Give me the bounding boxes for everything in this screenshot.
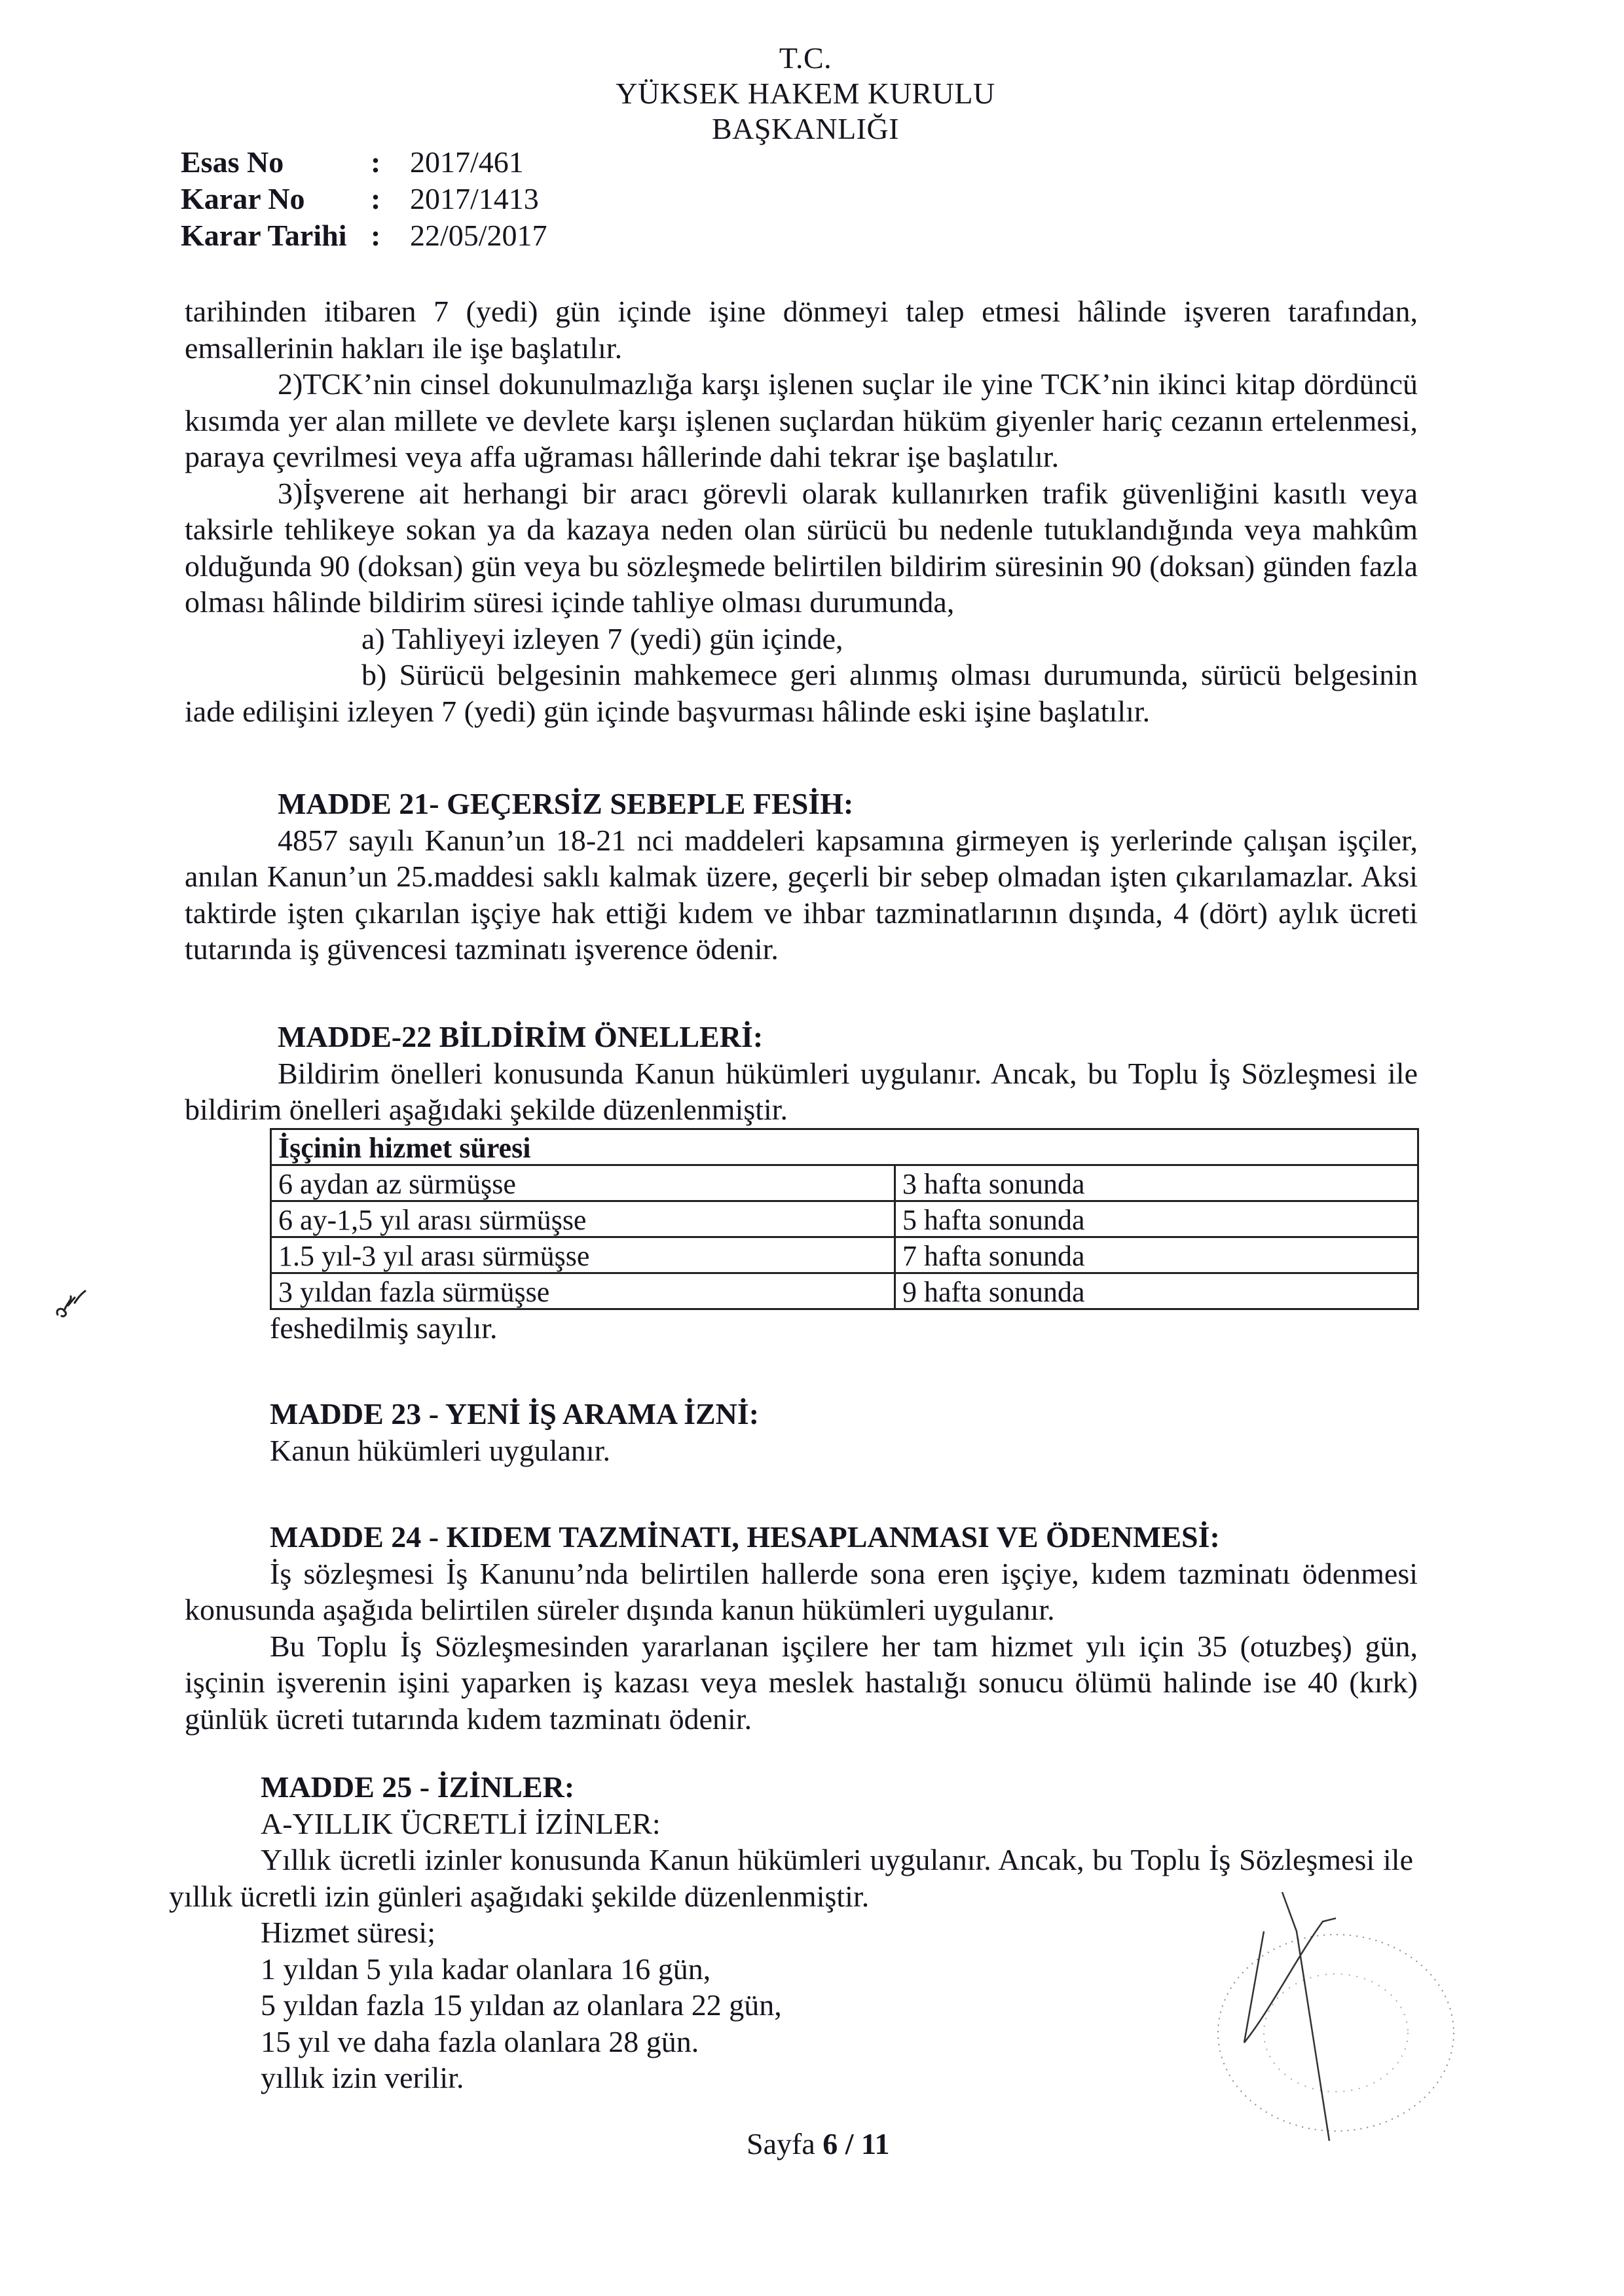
madde-24-title: MADDE 24 - KIDEM TAZMİNATI, HESAPLANMASI… — [185, 1519, 1418, 1556]
meta-colon: : — [371, 181, 410, 217]
notice-cell: 5 hafta sonunda — [895, 1201, 1418, 1237]
meta-row-karar: Karar No : 2017/1413 — [181, 181, 547, 217]
table-row: 6 ay-1,5 yıl arası sürmüşse 5 hafta sonu… — [271, 1201, 1418, 1237]
madde-21-title: MADDE 21- GEÇERSİZ SEBEPLE FESİH: — [185, 786, 1418, 822]
madde-23-text: Kanun hükümleri uygulanır. — [185, 1432, 1418, 1469]
madde-24-section: MADDE 24 - KIDEM TAZMİNATI, HESAPLANMASI… — [185, 1519, 1418, 1737]
page-current: 6 — [822, 2127, 838, 2160]
notice-cell: 3 hafta sonunda — [895, 1165, 1418, 1201]
meta-row-esas: Esas No : 2017/461 — [181, 144, 547, 181]
notice-cell: 7 hafta sonunda — [895, 1237, 1418, 1273]
duration-cell: 1.5 yıl-3 yıl arası sürmüşse — [271, 1237, 895, 1273]
meta-label: Esas No — [181, 144, 371, 181]
madde-24-paragraph-1: İş sözleşmesi İş Kanunu’nda belirtilen h… — [185, 1556, 1418, 1628]
table-header-row: İşçinin hizmet süresi — [271, 1129, 1418, 1165]
official-stamp-icon — [1198, 1892, 1486, 2167]
intro-paragraph-1: tarihinden itibaren 7 (yedi) gün içinde … — [185, 293, 1418, 366]
page-separator: / — [845, 2127, 854, 2160]
header-tc: T.C. — [537, 41, 1074, 76]
handwritten-initials-icon — [52, 1283, 92, 1322]
intro-item-a: a) Tahliyeyi izleyen 7 (yedi) gün içinde… — [185, 621, 1418, 657]
madde-21-text: 4857 sayılı Kanun’un 18-21 nci maddeleri… — [185, 822, 1418, 968]
meta-value: 2017/461 — [410, 144, 524, 181]
meta-row-tarih: Karar Tarihi : 22/05/2017 — [181, 217, 547, 254]
madde-22-section: MADDE-22 BİLDİRİM ÖNELLERİ: Bildirim öne… — [185, 1019, 1418, 1346]
meta-colon: : — [371, 217, 410, 254]
case-metadata: Esas No : 2017/461 Karar No : 2017/1413 … — [181, 144, 547, 254]
duration-cell: 3 yıldan fazla sürmüşse — [271, 1273, 895, 1309]
madde-22-text: Bildirim önelleri konusunda Kanun hüküml… — [185, 1055, 1418, 1128]
table-row: 6 aydan az sürmüşse 3 hafta sonunda — [271, 1165, 1418, 1201]
page-total: 11 — [861, 2127, 889, 2160]
table-header-cell: İşçinin hizmet süresi — [271, 1129, 1418, 1165]
meta-colon: : — [371, 144, 410, 181]
meta-label: Karar No — [181, 181, 371, 217]
madde-25-title: MADDE 25 - İZİNLER: — [169, 1769, 1413, 1806]
notice-cell: 9 hafta sonunda — [895, 1273, 1418, 1309]
duration-cell: 6 aydan az sürmüşse — [271, 1165, 895, 1201]
madde-21-section: MADDE 21- GEÇERSİZ SEBEPLE FESİH: 4857 s… — [185, 786, 1418, 968]
table-row: 1.5 yıl-3 yıl arası sürmüşse 7 hafta son… — [271, 1237, 1418, 1273]
madde-22-after-table: feshedilmiş sayılır. — [185, 1310, 1418, 1347]
meta-label: Karar Tarihi — [181, 217, 371, 254]
intro-item-b: b) Sürücü belgesinin mahkemece geri alın… — [185, 657, 1418, 729]
institution-header: T.C. YÜKSEK HAKEM KURULU BAŞKANLIĞI — [537, 41, 1074, 147]
madde-23-section: MADDE 23 - YENİ İŞ ARAMA İZNİ: Kanun hük… — [185, 1396, 1418, 1468]
madde-22-title: MADDE-22 BİLDİRİM ÖNELLERİ: — [185, 1019, 1418, 1055]
notice-period-table: İşçinin hizmet süresi 6 aydan az sürmüşs… — [270, 1128, 1419, 1310]
table-row: 3 yıldan fazla sürmüşse 9 hafta sonunda — [271, 1273, 1418, 1309]
meta-value: 2017/1413 — [410, 181, 539, 217]
duration-cell: 6 ay-1,5 yıl arası sürmüşse — [271, 1201, 895, 1237]
page-prefix: Sayfa — [747, 2127, 815, 2160]
madde-23-title: MADDE 23 - YENİ İŞ ARAMA İZNİ: — [185, 1396, 1418, 1432]
meta-value: 22/05/2017 — [410, 217, 547, 254]
intro-section: tarihinden itibaren 7 (yedi) gün içinde … — [185, 293, 1418, 729]
intro-paragraph-3: 3)İşverene ait herhangi bir aracı görevl… — [185, 475, 1418, 621]
page-number: Sayfa 6 / 11 — [747, 2126, 890, 2161]
header-presidency: BAŞKANLIĞI — [537, 111, 1074, 147]
intro-item-b-text: b) Sürücü belgesinin mahkemece geri alın… — [185, 658, 1418, 728]
madde-24-paragraph-2: Bu Toplu İş Sözleşmesinden yararlanan iş… — [185, 1628, 1418, 1738]
madde-25-subtitle: A-YILLIK ÜCRETLİ İZİNLER: — [169, 1806, 1413, 1842]
header-institution: YÜKSEK HAKEM KURULU — [537, 76, 1074, 111]
intro-paragraph-2: 2)TCK’nin cinsel dokunulmazlığa karşı iş… — [185, 366, 1418, 475]
